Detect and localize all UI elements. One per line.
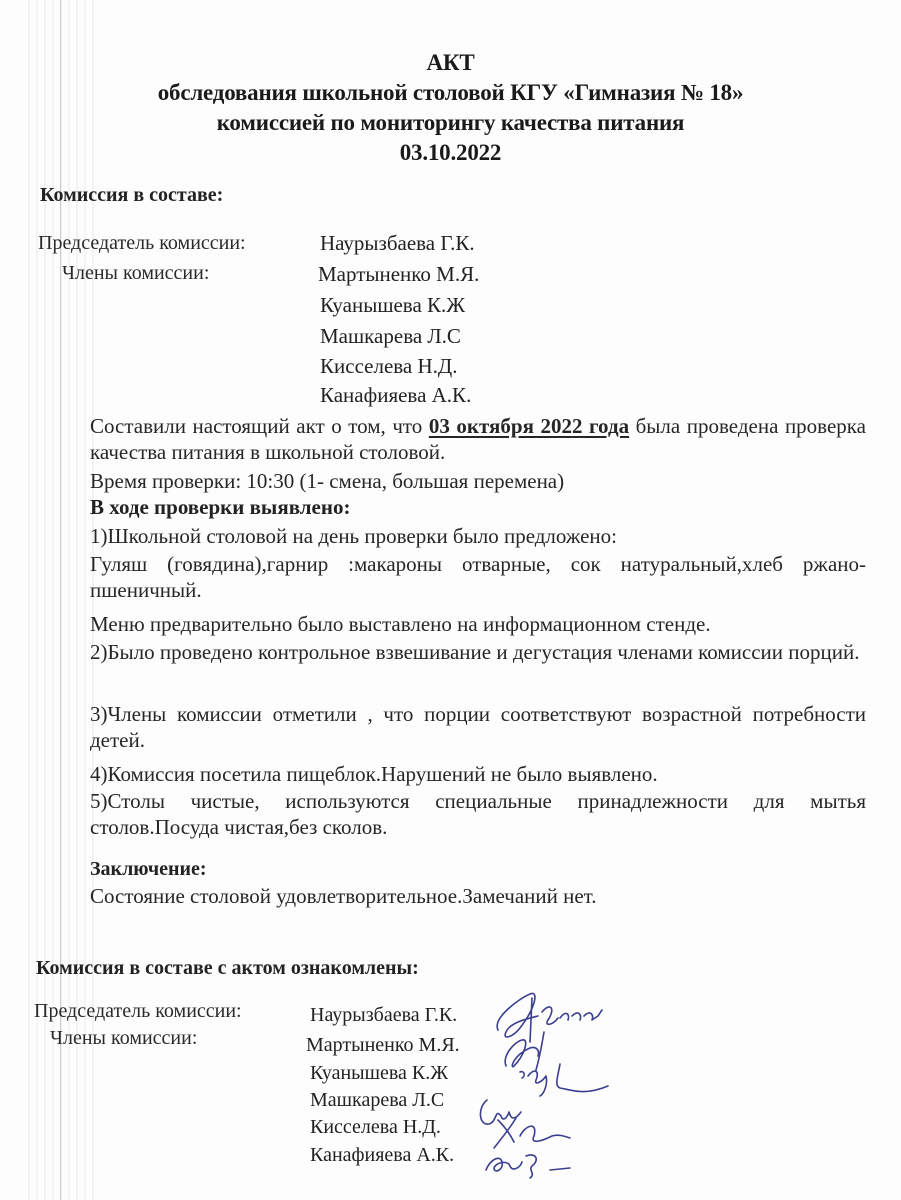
title-commission: комиссией по мониторингу качества питани… [0,108,901,138]
ack-chair-name: Наурызбаева Г.К. [310,1004,457,1027]
title-subject: обследования школьной столовой КГУ «Гимн… [0,78,901,108]
commission-heading: Комиссия в составе: [40,184,223,207]
chair-label: Председатель комиссии: [38,232,246,255]
member-name: Кисселева Н.Д. [320,354,457,379]
member-name: Машкарева Л.С [320,324,461,349]
title-act: АКТ [0,48,901,78]
ack-member-name: Кисселева Н.Д. [310,1116,441,1139]
signature-member-5-icon [480,1144,590,1180]
ack-member-name: Канафияева А.К. [310,1144,454,1167]
members-label: Члены комиссии: [62,262,209,285]
ack-member-name: Мартыненко М.Я. [306,1034,460,1057]
finding-item: Гуляш (говядина),гарнир :макароны отварн… [90,551,866,603]
member-name: Мартыненко М.Я. [318,262,479,287]
intro-paragraph: Составили настоящий акт о том, что 03 ок… [90,413,866,465]
ack-member-name: Машкарева Л.С [310,1089,444,1112]
conclusion-heading: Заключение: [90,858,207,881]
conclusion-text: Состояние столовой удовлетворительное.За… [90,884,597,909]
chair-name: Наурызбаева Г.К. [320,231,475,256]
ack-chair-label: Председатель комиссии: [34,1000,242,1023]
member-name: Куанышева К.Ж [320,293,465,318]
finding-item: 4)Комиссия посетила пищеблок.Нарушений н… [90,762,658,787]
inspection-time: Время проверки: 10:30 (1- смена, большая… [90,469,564,494]
member-name: Канафияева А.К. [320,383,471,408]
intro-text: Составили настоящий акт о том, что [90,414,429,438]
finding-item: 2)Было проведено контрольное взвешивание… [90,639,866,665]
inspection-date: 03 октября 2022 года [429,414,629,438]
ack-members-label: Члены комиссии: [50,1027,197,1050]
acknowledgement-heading: Комиссия в составе с актом ознакомлены: [36,957,419,980]
document-title: АКТ обследования школьной столовой КГУ «… [0,48,901,168]
finding-item: Меню предварительно было выставлено на и… [90,612,711,637]
title-date: 03.10.2022 [0,138,901,168]
findings-heading: В ходе проверки выявлено: [90,495,350,520]
finding-item: 1)Школьной столовой на день проверки был… [90,524,617,549]
ack-member-name: Куанышева К.Ж [310,1062,448,1085]
finding-item: 5)Столы чистые, используются специальные… [90,788,866,840]
finding-item: 3)Члены комиссии отметили , что порции с… [90,701,866,753]
